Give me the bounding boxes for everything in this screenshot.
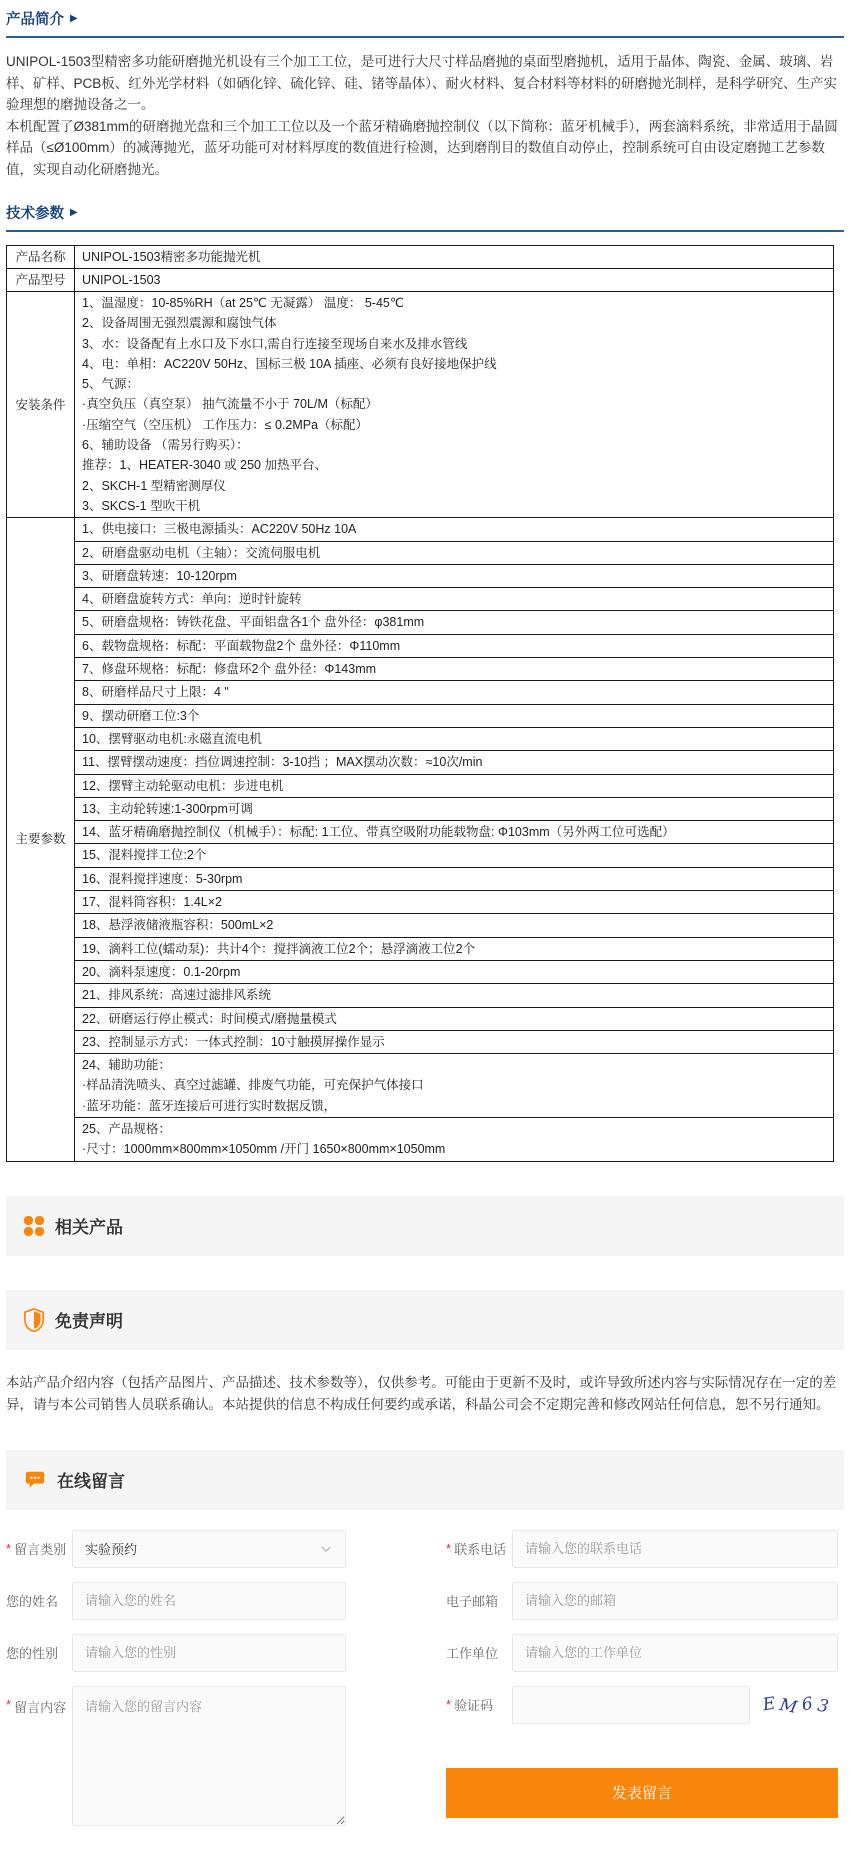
spec-value-cell: 6、载物盘规格：标配：平面载物盘2个 盘外径：Φ110mm (75, 634, 834, 657)
spec-table-row: 6、载物盘规格：标配：平面载物盘2个 盘外径：Φ110mm (7, 634, 834, 657)
intro-section-title: 产品简介 (6, 8, 64, 29)
selected-option: 实验预约 (85, 1539, 137, 1558)
spec-table-row: 20、滴料泵速度：0.1-20rpm (7, 960, 834, 983)
form-left-column: *留言类别实验预约您的姓名您的性别*留言内容 (6, 1530, 346, 1840)
specs-section-title: 技术参数 (6, 202, 64, 223)
spec-line: 1、温湿度：10-85%RH（at 25℃ 无凝露） 温度： 5-45℃ (82, 293, 826, 313)
spec-value-cell: 4、研磨盘旋转方式：单向：逆时针旋转 (75, 588, 834, 611)
spec-table-row: 16、混料搅拌速度：5-30rpm (7, 867, 834, 890)
spec-line: 2、研磨盘驱动电机（主轴）：交流伺服电机 (82, 543, 826, 563)
spec-table-row: 22、研磨运行停止模式：时间模式/磨抛量模式 (7, 1007, 834, 1030)
form-field-name: 您的姓名 (6, 1582, 346, 1620)
field-label-text: 留言内容 (14, 1697, 66, 1716)
spec-line: 12、摆臂主动轮驱动电机：步进电机 (82, 776, 826, 796)
message-form: *留言类别实验预约您的姓名您的性别*留言内容 *联系电话电子邮箱工作单位*验证码… (6, 1530, 844, 1840)
spec-line: 推荐：1、HEATER-3040 或 250 加热平台、 (82, 455, 826, 475)
spec-table-row: 5、研磨盘规格：铸铁花盘、平面铝盘各1个 盘外径：φ381mm (7, 611, 834, 634)
disclaimer-banner: 免责声明 (6, 1290, 844, 1350)
spec-table-row: 13、主动轮转速:1-300rpm可调 (7, 797, 834, 820)
required-asterisk: * (446, 1697, 451, 1712)
online-message-title: 在线留言 (57, 1467, 125, 1492)
spec-table-row: 9、摆动研磨工位:3个 (7, 704, 834, 727)
spec-table-row: 安装条件1、温湿度：10-85%RH（at 25℃ 无凝露） 温度： 5-45℃… (7, 292, 834, 518)
spec-line: 1、供电接口：三极电源插头：AC220V 50Hz 10A (82, 519, 826, 539)
spec-table-row: 17、混料筒容积：1.4L×2 (7, 891, 834, 914)
spec-value-cell: 20、滴料泵速度：0.1-20rpm (75, 960, 834, 983)
field-label: 您的性别 (6, 1643, 72, 1662)
required-asterisk: * (6, 1697, 11, 1712)
spec-line: ·蓝牙功能：蓝牙连接后可进行实时数据反馈， (82, 1096, 826, 1116)
field-label-text: 您的姓名 (6, 1591, 58, 1610)
related-products-banner: 相关产品 (6, 1196, 844, 1256)
field-label-text: 留言类别 (14, 1539, 66, 1558)
spec-table-body: 产品名称UNIPOL-1503精密多功能抛光机产品型号UNIPOL-1503安装… (7, 246, 834, 1162)
intro-section-header: 产品简介 ▶ (6, 8, 844, 29)
spec-value-cell: 12、摆臂主动轮驱动电机：步进电机 (75, 774, 834, 797)
chevron-down-icon (319, 1542, 333, 1556)
intro-paragraph-2: 本机配置了Ø381mm的研磨抛光盘和三个加工工位以及一个蓝牙精确磨抛控制仪（以下… (6, 116, 844, 181)
online-message-banner: 在线留言 (6, 1450, 844, 1510)
spec-value-cell: 17、混料筒容积：1.4L×2 (75, 891, 834, 914)
intro-text-block: UNIPOL-1503型精密多功能研磨抛光机设有三个加工工位，是可进行大尺寸样品… (6, 51, 844, 180)
spec-value-cell: UNIPOL-1503 (75, 269, 834, 292)
field-label-text: 验证码 (454, 1695, 493, 1714)
spec-value-cell: 16、混料搅拌速度：5-30rpm (75, 867, 834, 890)
spec-line: ·尺寸：1000mm×800mm×1050mm /开门 1650×800mm×1… (82, 1139, 826, 1159)
field-label-text: 您的性别 (6, 1643, 58, 1662)
field-label: *留言内容 (6, 1686, 72, 1716)
field-label: *留言类别 (6, 1539, 72, 1558)
organization-input[interactable] (512, 1634, 838, 1672)
intro-paragraph-1: UNIPOL-1503型精密多功能研磨抛光机设有三个加工工位，是可进行大尺寸样品… (6, 51, 844, 116)
spec-label-cell: 主要参数 (7, 518, 75, 1161)
spec-line: 7、修盘环规格：标配：修盘环2个 盘外径：Φ143mm (82, 659, 826, 679)
spec-label-cell: 安装条件 (7, 292, 75, 518)
spec-value-cell: 8、研磨样品尺寸上限：4 " (75, 681, 834, 704)
spec-line: 25、产品规格： (82, 1119, 826, 1139)
spec-line: 4、电：单相：AC220V 50Hz、国标三极 10A 插座、必须有良好接地保护… (82, 354, 826, 374)
spec-value-cell: 15、混料搅拌工位:2个 (75, 844, 834, 867)
spec-value-cell: 23、控制显示方式：一体式控制：10寸触摸屏操作显示 (75, 1030, 834, 1053)
spec-line: 24、辅助功能： (82, 1055, 826, 1075)
chat-bubble-icon (24, 1469, 46, 1491)
product-detail-page: 产品简介 ▶ UNIPOL-1503型精密多功能研磨抛光机设有三个加工工位，是可… (0, 8, 850, 1870)
form-field-phone: *联系电话 (446, 1530, 838, 1568)
spec-line: 15、混料搅拌工位:2个 (82, 845, 826, 865)
section-divider (6, 230, 844, 232)
form-field-organization: 工作单位 (446, 1634, 838, 1672)
captcha-char: 3 (816, 1695, 835, 1718)
message-type-select[interactable]: 实验预约 (72, 1530, 346, 1568)
spec-value-cell: 25、产品规格：·尺寸：1000mm×800mm×1050mm /开门 1650… (75, 1117, 834, 1161)
required-asterisk: * (6, 1541, 11, 1556)
email-input[interactable] (512, 1582, 838, 1620)
spec-line: 9、摆动研磨工位:3个 (82, 706, 826, 726)
captcha-char: M (778, 1695, 804, 1719)
spec-value-cell: 22、研磨运行停止模式：时间模式/磨抛量模式 (75, 1007, 834, 1030)
spec-value-cell: 14、蓝牙精确磨抛控制仪（机械手）：标配: 1工位、带真空吸附功能载物盘: Φ1… (75, 821, 834, 844)
spec-table-row: 产品型号UNIPOL-1503 (7, 269, 834, 292)
disclaimer-text: 本站产品介绍内容（包括产品图片、产品描述、技术参数等），仅供参考。可能由于更新不… (6, 1372, 844, 1416)
spec-line: 6、辅助设备 （需另行购买）： (82, 435, 826, 455)
grid-icon (24, 1216, 44, 1236)
spec-line: 16、混料搅拌速度：5-30rpm (82, 869, 826, 889)
captcha-input[interactable] (512, 1686, 750, 1724)
section-divider (6, 36, 844, 38)
spec-line: 5、气源： (82, 374, 826, 394)
spec-line: 5、研磨盘规格：铸铁花盘、平面铝盘各1个 盘外径：φ381mm (82, 612, 826, 632)
spec-value-cell: 18、悬浮液储液瓶容积：500mL×2 (75, 914, 834, 937)
spec-line: 2、SKCH-1 型精密测厚仪 (82, 476, 826, 496)
field-label-text: 联系电话 (454, 1539, 506, 1558)
spec-table-row: 4、研磨盘旋转方式：单向：逆时针旋转 (7, 588, 834, 611)
field-label-text: 电子邮箱 (446, 1591, 498, 1610)
spec-line: 19、滴料工位(蠕动泵)：共计4个：搅拌滴液工位2个；悬浮滴液工位2个 (82, 939, 826, 959)
spec-table-row: 11、摆臂摆动速度：挡位调速控制：3-10挡 ；MAX摆动次数：≈10次/min (7, 751, 834, 774)
spec-table: 产品名称UNIPOL-1503精密多功能抛光机产品型号UNIPOL-1503安装… (6, 245, 834, 1162)
spec-table-row: 3、研磨盘转速：10-120rpm (7, 564, 834, 587)
spec-line: 18、悬浮液储液瓶容积：500mL×2 (82, 915, 826, 935)
field-label-text: 工作单位 (446, 1643, 498, 1662)
spec-value-cell: 5、研磨盘规格：铸铁花盘、平面铝盘各1个 盘外径：φ381mm (75, 611, 834, 634)
spec-line: ·样品清洗喷头、真空过滤罐、排废气功能，可充保护气体接口 (82, 1075, 826, 1095)
spec-label-cell: 产品型号 (7, 269, 75, 292)
form-field-content: *留言内容 (6, 1686, 346, 1826)
form-field-email: 电子邮箱 (446, 1582, 838, 1620)
spec-line: 2、设备周围无强烈震源和腐蚀气体 (82, 313, 826, 333)
submit-button[interactable]: 发表留言 (446, 1768, 838, 1818)
spec-value-cell: 1、温湿度：10-85%RH（at 25℃ 无凝露） 温度： 5-45℃2、设备… (75, 292, 834, 518)
field-label: *验证码 (446, 1695, 512, 1714)
spec-table-row: 15、混料搅拌工位:2个 (7, 844, 834, 867)
spec-value-cell: 19、滴料工位(蠕动泵)：共计4个：搅拌滴液工位2个；悬浮滴液工位2个 (75, 937, 834, 960)
spec-line: 6、载物盘规格：标配：平面载物盘2个 盘外径：Φ110mm (82, 636, 826, 656)
spec-line: 21、排风系统：高速过滤排风系统 (82, 985, 826, 1005)
spec-label-cell: 产品名称 (7, 246, 75, 269)
related-products-title: 相关产品 (55, 1213, 123, 1238)
name-input[interactable] (72, 1582, 346, 1620)
spec-table-row: 19、滴料工位(蠕动泵)：共计4个：搅拌滴液工位2个；悬浮滴液工位2个 (7, 937, 834, 960)
spec-line: 23、控制显示方式：一体式控制：10寸触摸屏操作显示 (82, 1032, 826, 1052)
spec-line: 20、滴料泵速度：0.1-20rpm (82, 962, 826, 982)
form-field-gender: 您的性别 (6, 1634, 346, 1672)
spec-table-row: 24、辅助功能：·样品清洗喷头、真空过滤罐、排废气功能，可充保护气体接口·蓝牙功… (7, 1054, 834, 1118)
spec-line: 8、研磨样品尺寸上限：4 " (82, 682, 826, 702)
spec-table-row: 12、摆臂主动轮驱动电机：步进电机 (7, 774, 834, 797)
spec-table-row: 18、悬浮液储液瓶容积：500mL×2 (7, 914, 834, 937)
spec-value-cell: 10、摆臂驱动电机:永磁直流电机 (75, 727, 834, 750)
spec-table-row: 21、排风系统：高速过滤排风系统 (7, 984, 834, 1007)
field-label: 您的姓名 (6, 1591, 72, 1610)
spec-line: 11、摆臂摆动速度：挡位调速控制：3-10挡 ；MAX摆动次数：≈10次/min (82, 752, 826, 772)
required-asterisk: * (446, 1541, 451, 1556)
gender-input[interactable] (72, 1634, 346, 1672)
spec-line: 3、水：设备配有上水口及下水口,需自行连接至现场自来水及排水管线 (82, 334, 826, 354)
captcha-image[interactable]: EM63 (763, 1695, 839, 1715)
spec-value-cell: 21、排风系统：高速过滤排风系统 (75, 984, 834, 1007)
spec-table-row: 10、摆臂驱动电机:永磁直流电机 (7, 727, 834, 750)
field-label: 电子邮箱 (446, 1591, 512, 1610)
spec-table-row: 主要参数1、供电接口：三极电源插头：AC220V 50Hz 10A (7, 518, 834, 541)
spec-table-row: 14、蓝牙精确磨抛控制仪（机械手）：标配: 1工位、带真空吸附功能载物盘: Φ1… (7, 821, 834, 844)
spec-table-row: 产品名称UNIPOL-1503精密多功能抛光机 (7, 246, 834, 269)
spec-line: 13、主动轮转速:1-300rpm可调 (82, 799, 826, 819)
field-label: 工作单位 (446, 1643, 512, 1662)
spec-table-row: 23、控制显示方式：一体式控制：10寸触摸屏操作显示 (7, 1030, 834, 1053)
spec-line: ·真空负压（真空泵） 抽气流量不小于 70L/M（标配） (82, 394, 826, 414)
spec-line: 3、SKCS-1 型吹干机 (82, 496, 826, 516)
captcha-row: EM63 (512, 1686, 838, 1724)
phone-input[interactable] (512, 1530, 838, 1568)
field-label: *联系电话 (446, 1539, 512, 1558)
spec-line: 17、混料筒容积：1.4L×2 (82, 892, 826, 912)
spec-value-cell: 7、修盘环规格：标配：修盘环2个 盘外径：Φ143mm (75, 658, 834, 681)
spec-line: 22、研磨运行停止模式：时间模式/磨抛量模式 (82, 1009, 826, 1029)
spec-value-cell: 3、研磨盘转速：10-120rpm (75, 564, 834, 587)
content-textarea[interactable] (72, 1686, 346, 1826)
spec-line: 4、研磨盘旋转方式：单向：逆时针旋转 (82, 589, 826, 609)
spec-line: 10、摆臂驱动电机:永磁直流电机 (82, 729, 826, 749)
arrow-right-icon: ▶ (70, 208, 78, 218)
spec-table-row: 2、研磨盘驱动电机（主轴）：交流伺服电机 (7, 541, 834, 564)
spec-value-cell: 1、供电接口：三极电源插头：AC220V 50Hz 10A (75, 518, 834, 541)
spec-value-cell: 13、主动轮转速:1-300rpm可调 (75, 797, 834, 820)
spec-line: 14、蓝牙精确磨抛控制仪（机械手）：标配: 1工位、带真空吸附功能载物盘: Φ1… (82, 822, 826, 842)
spec-table-row: 7、修盘环规格：标配：修盘环2个 盘外径：Φ143mm (7, 658, 834, 681)
spec-line: ·压缩空气（空压机） 工作压力：≤ 0.2MPa（标配） (82, 415, 826, 435)
spec-table-row: 25、产品规格：·尺寸：1000mm×800mm×1050mm /开门 1650… (7, 1117, 834, 1161)
disclaimer-title: 免责声明 (55, 1307, 123, 1332)
spec-value-cell: 9、摆动研磨工位:3个 (75, 704, 834, 727)
shield-icon (24, 1308, 44, 1332)
arrow-right-icon: ▶ (70, 14, 78, 24)
spec-value-cell: 2、研磨盘驱动电机（主轴）：交流伺服电机 (75, 541, 834, 564)
spec-value-cell: 11、摆臂摆动速度：挡位调速控制：3-10挡 ；MAX摆动次数：≈10次/min (75, 751, 834, 774)
form-right-column: *联系电话电子邮箱工作单位*验证码EM63发表留言 (446, 1530, 838, 1818)
spec-value-cell: 24、辅助功能：·样品清洗喷头、真空过滤罐、排废气功能，可充保护气体接口·蓝牙功… (75, 1054, 834, 1118)
spec-value-cell: UNIPOL-1503精密多功能抛光机 (75, 246, 834, 269)
specs-section-header: 技术参数 ▶ (6, 202, 844, 223)
form-field-captcha: *验证码EM63 (446, 1686, 838, 1724)
spec-table-row: 8、研磨样品尺寸上限：4 " (7, 681, 834, 704)
spec-line: 3、研磨盘转速：10-120rpm (82, 566, 826, 586)
form-field-message-type: *留言类别实验预约 (6, 1530, 346, 1568)
